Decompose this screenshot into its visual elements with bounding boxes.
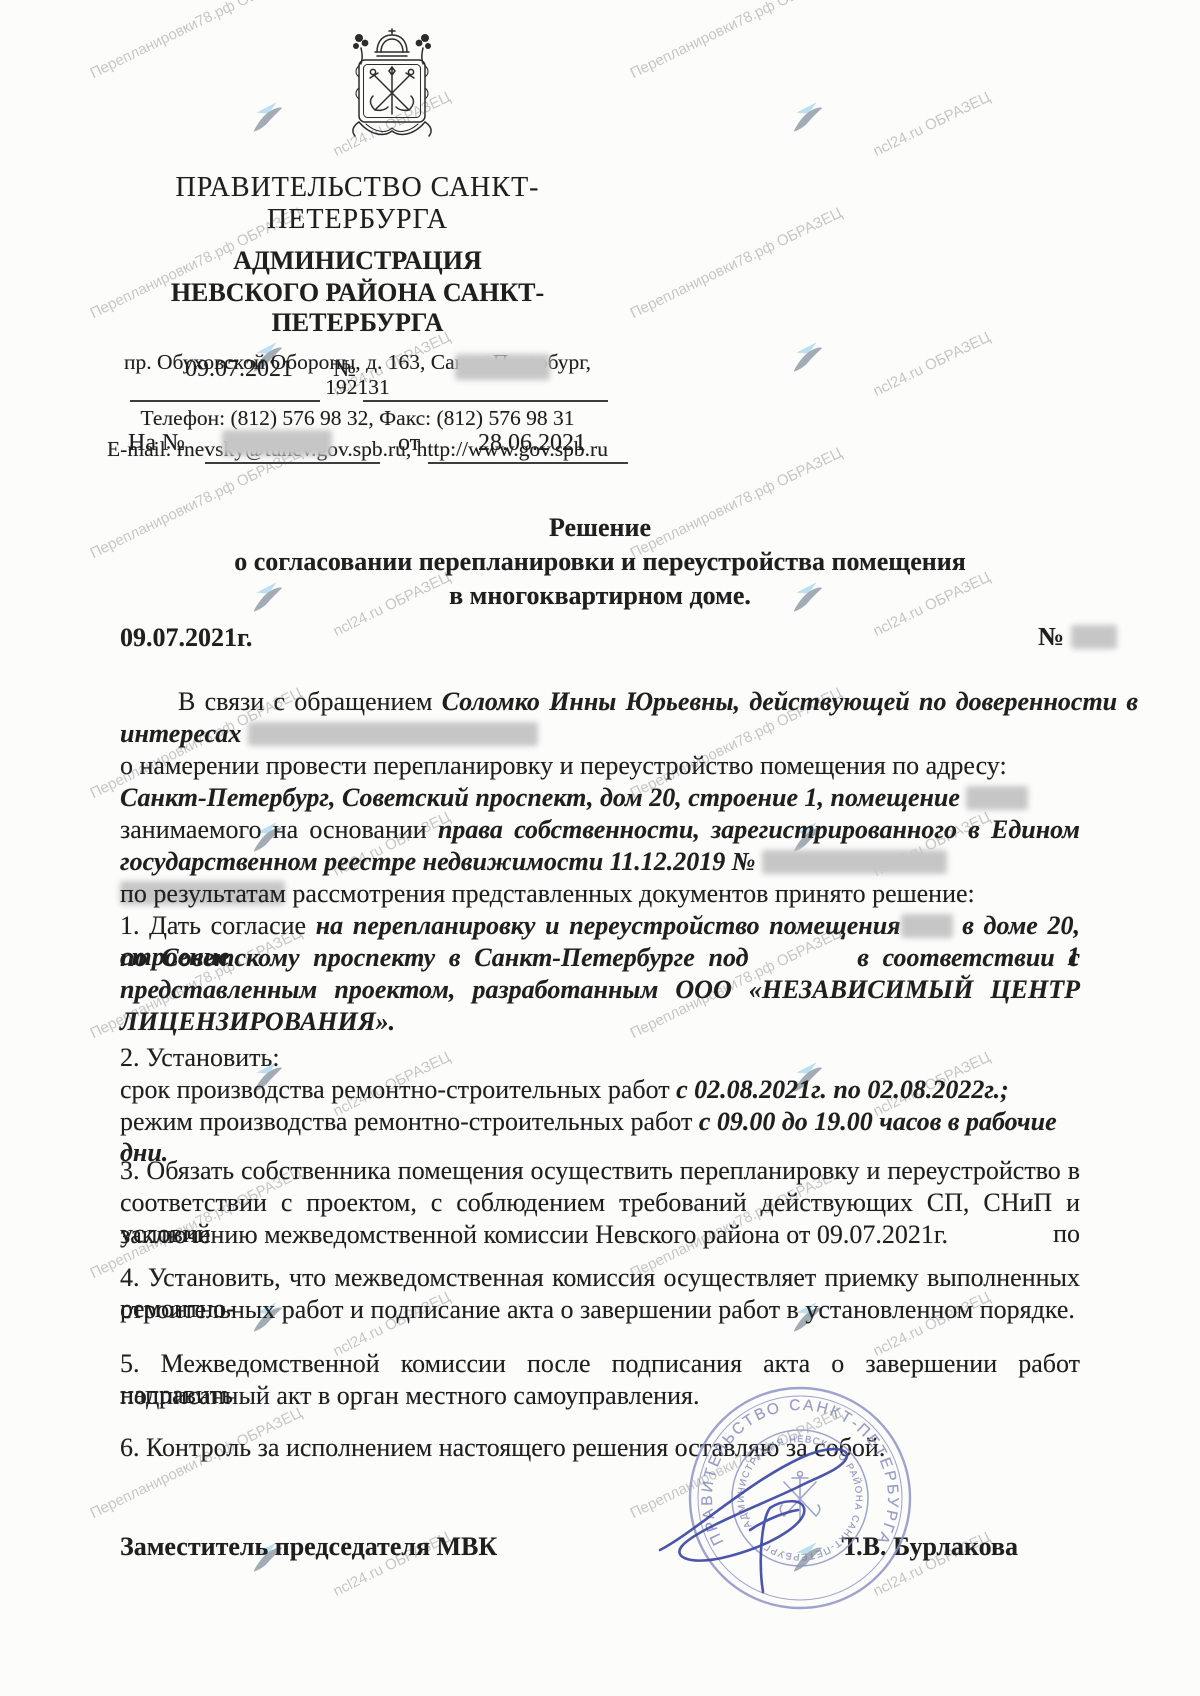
item4-line2: строительных работ и подписание акта о з… [120,1294,1080,1325]
coat-of-arms-icon [337,26,447,140]
egrn-number-redacted-1 [762,850,947,874]
beneficiary-redacted [248,722,538,746]
item1-premises-redacted [901,914,953,938]
doc-title-line2: о согласовании перепланировки и переустр… [120,546,1080,577]
watermark-text-site1: Перепланировки78.рф ОБРАЗЕЦ [628,444,845,562]
ownership-right: права собственности, зарегистрированного… [438,815,1080,844]
item3-line3: заключению межведомственной комиссии Нев… [120,1219,1080,1250]
item2-mode-text: режим производства ремонтно-строительных… [120,1107,699,1136]
intro-text: В связи с обращением [178,687,442,716]
watermark-text-site1: Перепланировки78.рф ОБРАЗЕЦ [628,0,845,82]
resolution-intro: по результатам рассмотрения представленн… [120,878,1080,909]
watermark-bird-icon [245,98,290,134]
letterhead: ПРАВИТЕЛЬСТВО САНКТ-ПЕТЕРБУРГА АДМИНИСТР… [95,172,620,468]
watermark-text-site2: ncl24.ru ОБРАЗЕЦ [871,329,994,400]
applicant-name: Соломко Инны Юрьевны, действующей по дов… [442,687,1138,716]
ownership-text: занимаемого на основании [120,815,438,844]
decision-number: № [1038,622,1117,652]
ownership-line1: занимаемого на основании права собственн… [120,814,1080,845]
item1-text: 1. Дать согласие [120,911,316,940]
org-administration: АДМИНИСТРАЦИЯ [95,246,620,276]
reg-from-label: от [398,430,420,457]
decision-number-redacted [1071,625,1117,649]
org-district: НЕВСКОГО РАЙОНА САНКТ-ПЕТЕРБУРГА [95,278,620,338]
intro-line2: интересах [120,718,1080,749]
reg-date: 09.07.2021 [185,356,293,383]
document-page: Перепланировки78.рф ОБРАЗЕЦncl24.ru ОБРА… [0,0,1200,1696]
item1-street: по Советскому проспекту в Санкт-Петербур… [120,943,749,972]
handwritten-signature [600,1360,920,1620]
reg-no-redacted [455,354,550,380]
address-line: Санкт-Петербург, Советский проспект, дом… [120,782,1080,813]
interests-label: интересах [120,719,241,748]
decision-date: 09.07.2021г. [120,622,420,653]
watermark-bird-icon [785,338,830,374]
item1-line2: по Советскому проспекту в Санкт-Петербур… [120,942,1080,973]
reg-no-label: № [333,356,356,383]
item1-consent: на перепланировку и переустройство помещ… [316,911,901,940]
reg-ref-underline [205,462,380,464]
item1-accordance: в соответствии с [857,943,1080,972]
decision-number-label: № [1038,622,1064,651]
org-phone-fax: Телефон: (812) 576 98 32, Факс: (812) 57… [95,406,620,431]
reg-date-underline [130,400,320,402]
doc-title-line1: Решение [120,512,1080,543]
watermark-bird-icon [785,98,830,134]
item1-line3: представленным проектом, разработанным О… [120,974,1080,1005]
item3-line1: 3. Обязать собственника помещения осущес… [120,1155,1080,1186]
doc-title-line3: в многоквартирном доме. [120,580,1080,611]
item2-term-text: срок производства ремонтно-строительных … [120,1075,676,1104]
reg-ref-redacted [222,430,332,456]
watermark-text-site1: Перепланировки78.рф ОБРАЗЕЦ [88,1404,305,1522]
item2-term-dates: с 02.08.2021г. по 02.08.2022г.; [676,1075,1009,1104]
property-address: Санкт-Петербург, Советский проспект, дом… [120,783,960,812]
reg-ref-label: На № [128,430,185,457]
org-government: ПРАВИТЕЛЬСТВО САНКТ-ПЕТЕРБУРГА [95,172,620,236]
egrn-record: государственном реестре недвижимости 11.… [120,847,756,876]
intro-line1: В связи с обращением Соломко Инны Юрьевн… [120,686,1138,717]
watermark-text-site1: Перепланировки78.рф ОБРАЗЕЦ [88,0,305,82]
item1-line4: ЛИЦЕНЗИРОВАНИЯ». [120,1006,1080,1037]
reg-ref-date-underline [428,462,628,464]
watermark-text-site1: Перепланировки78.рф ОБРАЗЕЦ [628,204,845,322]
item2-line1: срок производства ремонтно-строительных … [120,1074,1080,1105]
watermark-text-site2: ncl24.ru ОБРАЗЕЦ [871,89,994,160]
reg-no-underline [363,400,608,402]
item2-head: 2. Установить: [120,1042,1080,1073]
signer-position: Заместитель председателя МВК [120,1532,497,1562]
premises-number-redacted [966,786,1028,810]
intro-line3: о намерении провести перепланировку и пе… [120,750,1080,781]
reg-ref-date: 28.06.2021 [478,430,586,457]
